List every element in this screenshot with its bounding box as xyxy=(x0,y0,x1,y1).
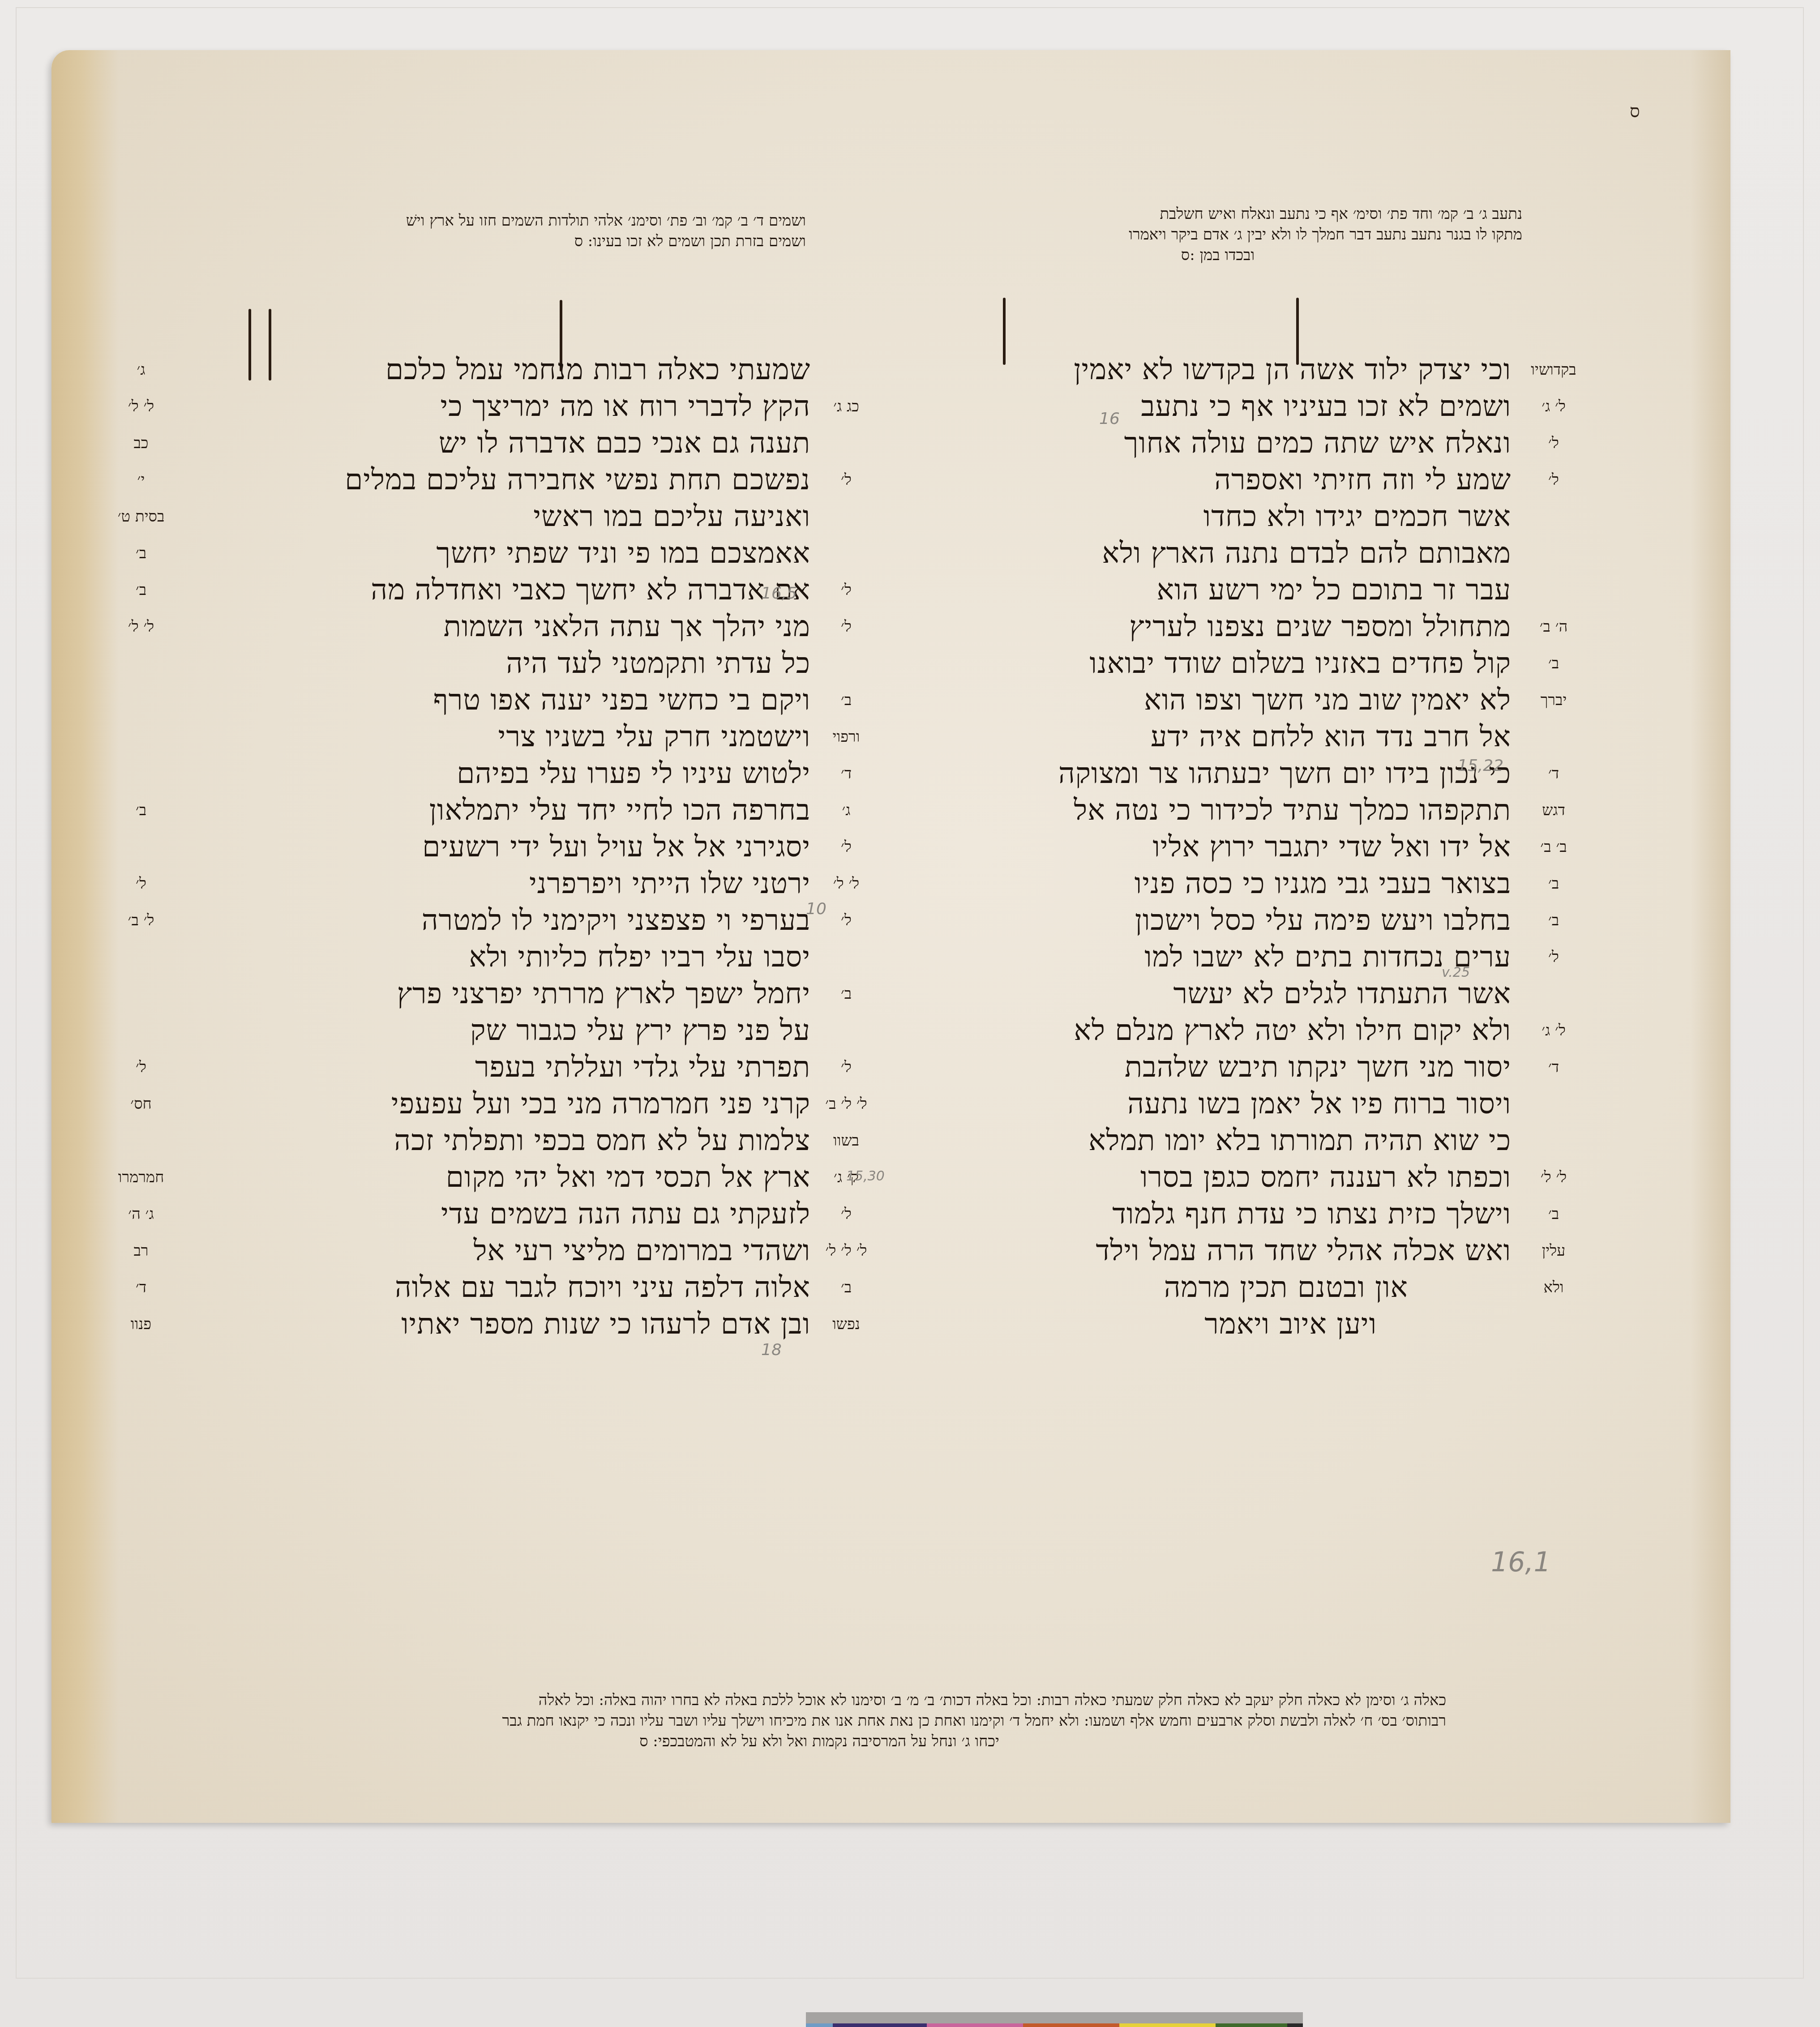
text-line: וישלך כזית נצתו כי עדת חנף גלמוד xyxy=(893,1196,1511,1232)
text-line: אלוה דלפה עיני ויוכח לגבר עם אלוה xyxy=(195,1269,810,1306)
text-line: ויסור ברוח פיו אל יאמן בשו נתעה xyxy=(893,1086,1511,1122)
margin-note: ד׳ xyxy=(808,755,884,792)
margin-note: נפשו xyxy=(808,1306,884,1343)
pencil-annotation: 16,5 xyxy=(761,584,797,603)
swatch-black xyxy=(1287,2023,1303,2027)
margin-note: ולא xyxy=(1516,1269,1592,1306)
margin-note: ל׳ ל׳ xyxy=(808,865,884,902)
text-column-right: וכי יצדק ילוד אשה הן בקדשו לא יאמין ושמי… xyxy=(893,351,1511,1343)
folio-right-edge-shade xyxy=(1690,50,1730,1823)
swatch-orange xyxy=(1023,2023,1119,2027)
text-line: ערים נכחדות בתים לא ישבו למו xyxy=(893,939,1511,975)
text-line: אל ידו ואל שדי יתגבר ירוץ אליו xyxy=(893,829,1511,865)
margin-note: ב׳ ב׳ xyxy=(1516,829,1592,865)
margin-note: עלין xyxy=(1516,1232,1592,1269)
text-line: עבר זר בתוכם כל ימי רשע הוא xyxy=(893,572,1511,608)
margin-note: י׳ xyxy=(96,462,186,498)
text-line: שמע לי וזה חזיתי ואספרה xyxy=(893,462,1511,498)
text-line: יסבו עלי רביו יפלח כליותי ולא xyxy=(195,939,810,975)
text-line: און ובטנם תכין מרמה xyxy=(893,1269,1511,1306)
margin-notes-left: ג׳ ל׳ ל׳ כב י׳ בסית ט׳ ב׳ ב׳ ל׳ ל׳ ב׳ ל׳… xyxy=(96,351,186,1343)
text-line: ילטוש עיניו לי פערו עלי בפיהם xyxy=(195,755,810,792)
text-line: מני יהלך אך עתה הלאני השמות xyxy=(195,608,810,645)
masorah-top-right: נתעב ג׳ ב׳ קמ׳ וחד פת׳ וסימ׳ אף כי נתעב … xyxy=(913,204,1522,265)
text-line: אאמצכם במו פי וניד שפתי יחשך xyxy=(195,535,810,572)
calibration-strip-shadow xyxy=(806,2012,1303,2023)
margin-note: ג׳ xyxy=(808,792,884,829)
margin-note: ל׳ xyxy=(808,1049,884,1086)
pencil-annotation: 15,22 xyxy=(1457,757,1503,775)
margin-note: ל׳ xyxy=(808,608,884,645)
margin-note: ל׳ xyxy=(808,829,884,865)
margin-note: ד׳ xyxy=(1516,755,1592,792)
masorah-line: רבותוס׳ בס׳ ח׳ לאלה ולבשת וסלק ארבעים וח… xyxy=(193,1711,1446,1731)
pencil-annotation: 15,30 xyxy=(846,1168,885,1184)
masorah-line: יכחו ג׳ ונחל על המרסיבה נקמות ואל ולא על… xyxy=(193,1731,1446,1752)
margin-note: ל׳ xyxy=(808,1196,884,1232)
swatch-yellow xyxy=(1119,2023,1216,2027)
text-line: כי שוא תהיה תמורתו בלא יומו תמלא xyxy=(893,1122,1511,1159)
margin-notes-middle: כג ג׳ ל׳ ל׳ ל׳ ב׳ ורפוי ד׳ ג׳ ל׳ ל׳ ל׳ ל… xyxy=(808,351,884,1343)
margin-note: ל׳ ל׳ ל׳ xyxy=(808,1232,884,1269)
margin-note: ב׳ xyxy=(808,975,884,1012)
margin-note: ל׳ xyxy=(808,462,884,498)
text-line: בצואר בעבי גבי מגניו כי כסה פניו xyxy=(893,865,1511,902)
masorah-line: כאלה ג׳ וסימן לא כאלה חלק יעקב לא כאלה ח… xyxy=(193,1690,1446,1711)
margin-note: בסית ט׳ xyxy=(96,498,186,535)
text-column-left: שמעתי כאלה רבות מנחמי עמל כלכם הקץ לדברי… xyxy=(195,351,810,1343)
text-line: ולא יקום חילו ולא יטה לארץ מנלם לא xyxy=(893,1012,1511,1049)
text-line: ואש אכלה אהלי שחד הרה עמל וילד xyxy=(893,1232,1511,1269)
text-line: מאבותם להם לבדם נתנה הארץ ולא xyxy=(893,535,1511,572)
text-line: וכפתו לא רעננה יחמס כגפן בסרו xyxy=(893,1159,1511,1196)
masorah-bottom: כאלה ג׳ וסימן לא כאלה חלק יעקב לא כאלה ח… xyxy=(193,1690,1446,1752)
pencil-annotation: 16 xyxy=(1099,410,1120,428)
text-line: ואניעה עליכם במו ראשי xyxy=(195,498,810,535)
text-line: מתחולל ומספר שנים נצפנו לעריץ xyxy=(893,608,1511,645)
swatch-magenta xyxy=(927,2023,1023,2027)
text-line: צלמות על לא חמס בכפי ותפלתי זכה xyxy=(195,1122,810,1159)
margin-note: ל׳ xyxy=(1516,939,1592,975)
pencil-annotation: 10 xyxy=(806,900,826,918)
margin-note: ל׳ ל׳ ב׳ xyxy=(808,1086,884,1122)
text-line: לא יאמין שוב מני חשך וצפו הוא xyxy=(893,682,1511,718)
text-line: אשר התעתדו לגלים לא יעשר xyxy=(893,975,1511,1012)
text-line: כי נכון בידו יום חשך יבעתהו צר ומצוקה xyxy=(893,755,1511,792)
text-line: ושהדי במרומים מליצי רעי אל xyxy=(195,1232,810,1269)
text-line-section-heading: ויען איוב ויאמר xyxy=(893,1306,1511,1343)
margin-note: ב׳ xyxy=(1516,645,1592,682)
margin-note: ב׳ xyxy=(808,1269,884,1306)
text-line: על פני פרץ ירץ עלי כגבור שק xyxy=(195,1012,810,1049)
swatch-blue xyxy=(806,2023,833,2027)
margin-notes-right: בקדושיו ל׳ ג׳ ל׳ ל׳ ה׳ ב׳ ב׳ יברך ד׳ דגש… xyxy=(1516,351,1592,1306)
margin-note: חמרמרו xyxy=(96,1159,186,1196)
masorah-top-left: ושמים ד׳ ב׳ קמ׳ וב׳ פת׳ וסימנ׳ אלהי תולד… xyxy=(197,210,806,252)
text-line: תענה גם אנכי כבם אדברה לו יש xyxy=(195,425,810,462)
margin-note: ב׳ xyxy=(1516,1196,1592,1232)
text-line: ויקם בי כחשי בפני יענה אפו טרף xyxy=(195,682,810,718)
text-line: ארץ אל תכסי דמי ואל יהי מקום xyxy=(195,1159,810,1196)
text-line: תפרתי עלי גלדי ועללתי בעפר xyxy=(195,1049,810,1086)
margin-note: ל׳ ל׳ xyxy=(96,608,186,645)
margin-note: ג׳ xyxy=(96,351,186,388)
margin-note: ל׳ ל׳ xyxy=(1516,1159,1592,1196)
text-line: וישטמני חרק עלי בשניו צרי xyxy=(195,718,810,755)
margin-note: רב xyxy=(96,1232,186,1269)
margin-note: ב׳ xyxy=(1516,902,1592,939)
text-line: בחלבו ויעש פימה עלי כסל וישכון xyxy=(893,902,1511,939)
margin-note: ב׳ xyxy=(96,535,186,572)
color-calibration-strip xyxy=(806,2023,1303,2027)
masorah-line: ושמים בזרת תכן ושמים לא זכו בעינו: ס xyxy=(197,231,806,252)
folio-number: ס xyxy=(1630,101,1640,122)
swatch-violet xyxy=(833,2023,927,2027)
pencil-annotation: 16,1 xyxy=(1491,1547,1551,1578)
margin-note: כג ג׳ xyxy=(808,388,884,425)
text-line: ונאלח איש שתה כמים עולה אחוך xyxy=(893,425,1511,462)
masorah-line: ושמים ד׳ ב׳ קמ׳ וב׳ פת׳ וסימנ׳ אלהי תולד… xyxy=(197,210,806,231)
margin-note: ד׳ xyxy=(1516,1049,1592,1086)
margin-note: ל׳ ל׳ xyxy=(96,388,186,425)
text-line: כל עדתי ותקמטני לעד היה xyxy=(195,645,810,682)
text-line: שמעתי כאלה רבות מנחמי עמל כלכם xyxy=(195,351,810,388)
text-line: ובן אדם לרעהו כי שנות מספר יאתיו xyxy=(195,1306,810,1343)
margin-note: בשוו xyxy=(808,1122,884,1159)
margin-note: בקדושיו xyxy=(1516,351,1592,388)
text-line: נפשכם תחת נפשי אחבירה עליכם במלים xyxy=(195,462,810,498)
masorah-line: ובכדו במן :ס xyxy=(913,245,1522,265)
margin-note: ל׳ ג׳ xyxy=(1516,1012,1592,1049)
text-line: יסגירני אל אל עויל ועל ידי רשעים xyxy=(195,829,810,865)
margin-note: כב xyxy=(96,425,186,462)
margin-note: ב׳ xyxy=(808,682,884,718)
text-line: אשר חכמים יגידו ולא כחדו xyxy=(893,498,1511,535)
text-line: קול פחדים באזניו בשלום שודד יבואנו xyxy=(893,645,1511,682)
text-line: קרני פני חמרמרה מני בכי ועל עפעפי xyxy=(195,1086,810,1122)
margin-note: ל׳ xyxy=(1516,425,1592,462)
margin-note: ב׳ xyxy=(96,792,186,829)
masorah-line: נתעב ג׳ ב׳ קמ׳ וחד פת׳ וסימ׳ אף כי נתעב … xyxy=(913,204,1522,224)
text-line: ושמים לא זכו בעיניו אף כי נתעב xyxy=(893,388,1511,425)
margin-note: דגש xyxy=(1516,792,1592,829)
margin-note: ג׳ ה׳ xyxy=(96,1196,186,1232)
margin-note: ב׳ xyxy=(96,572,186,608)
text-line: תתקפהו כמלך עתיד לכידור כי נטה אל xyxy=(893,792,1511,829)
margin-note: ד׳ xyxy=(96,1269,186,1306)
pencil-annotation: v.25 xyxy=(1442,965,1470,980)
text-line: יסור מני חשך ינקתו תיבש שלהבת xyxy=(893,1049,1511,1086)
text-line: אל חרב נדד הוא ללחם איה ידע xyxy=(893,718,1511,755)
margin-note: ל׳ xyxy=(1516,462,1592,498)
text-line: הקץ לדברי רוח או מה ימריצך כי xyxy=(195,388,810,425)
text-line: לזעקתי גם עתה הנה בשמים עדי xyxy=(195,1196,810,1232)
margin-note: ל׳ xyxy=(96,865,186,902)
margin-note: פנוו xyxy=(96,1306,186,1343)
margin-note: ל׳ ג׳ xyxy=(1516,388,1592,425)
margin-note: חס׳ xyxy=(96,1086,186,1122)
text-line: וכי יצדק ילוד אשה הן בקדשו לא יאמין xyxy=(893,351,1511,388)
masorah-line: מתקו לו בגנר נתעב נתעב דבר חמלך לו ולא י… xyxy=(913,224,1522,245)
text-line: אם אדברה לא יחשך כאבי ואחדלה מה xyxy=(195,572,810,608)
text-line: ירטני שלו הייתי ויפרפרני xyxy=(195,865,810,902)
margin-note: ורפוי xyxy=(808,718,884,755)
margin-note: ה׳ ב׳ xyxy=(1516,608,1592,645)
margin-note: ל׳ xyxy=(96,1049,186,1086)
margin-note: ל׳ xyxy=(808,572,884,608)
margin-note: ב׳ xyxy=(1516,865,1592,902)
margin-note: יברך xyxy=(1516,682,1592,718)
margin-note: ל׳ ב׳ xyxy=(96,902,186,939)
text-line: בחרפה הכו לחיי יחד עלי יתמלאון xyxy=(195,792,810,829)
pencil-annotation: 18 xyxy=(761,1341,782,1359)
text-line: יחמל ישפך לארץ מררתי יפרצני פרץ xyxy=(195,975,810,1012)
text-line: בערפי וי פצפצני ויקימני לו למטרה xyxy=(195,902,810,939)
swatch-green xyxy=(1216,2023,1287,2027)
